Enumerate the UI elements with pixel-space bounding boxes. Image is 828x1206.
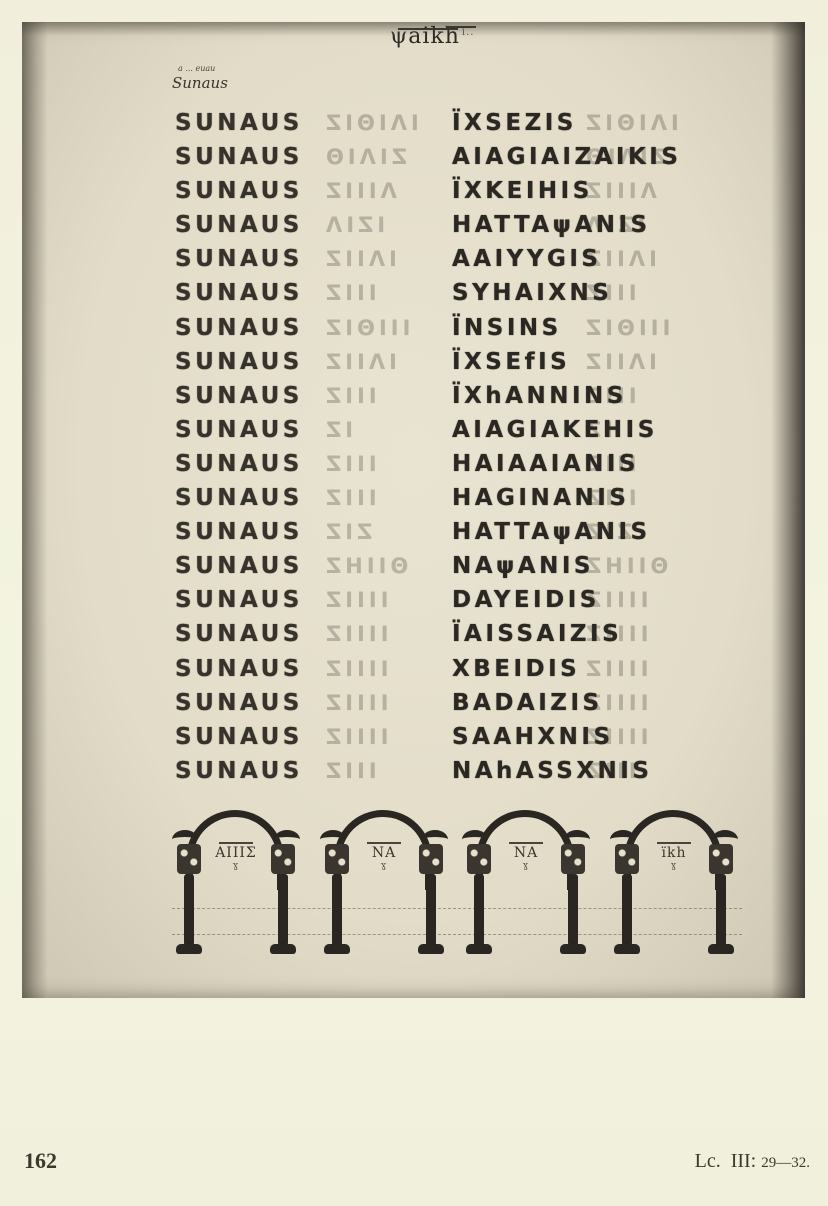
column-base	[466, 944, 492, 954]
column-capital	[325, 844, 349, 874]
column-capital	[561, 844, 585, 874]
column-shaft	[622, 874, 632, 946]
ancestor-name: NAψANIS	[452, 551, 594, 581]
canon-arch: ΝΑɣ	[320, 808, 448, 958]
ancestor-name: HATTAψANIS	[452, 517, 651, 547]
show-through-text: ΙΙΙΖ	[322, 449, 377, 479]
canon-sub: ɣ	[208, 861, 264, 871]
column-base	[270, 944, 296, 954]
show-through-text: ΙΙΙΙΖ	[322, 722, 388, 752]
show-through-text: ΘΙΙΗΖ	[582, 551, 668, 581]
marginal-correction: a ... euau Sunaus	[172, 74, 228, 92]
text-line: ΙΙΙΖΙΙΙΖSUNAUSÏΧhANNINS	[22, 381, 805, 415]
ancestor-name: ÏAISSAIZIS	[452, 619, 622, 649]
ancestor-name: BADAIZIS	[452, 688, 603, 718]
column-shaft	[426, 874, 436, 946]
sunaus-word: SUNAUS	[175, 278, 303, 308]
ancestor-name: HAGINANIS	[452, 483, 629, 513]
sunaus-word: SUNAUS	[175, 619, 303, 649]
text-line: ΙΙΙΙΖΙΙΙΙΖSUNAUSΧBEIDIS	[22, 654, 805, 688]
canon-label: ΝΑɣ	[356, 842, 412, 871]
text-line: ΙΙΙΙΖΙΙΙΙΖSUNAUSBADAIZIS	[22, 688, 805, 722]
column-capital	[467, 844, 491, 874]
canon-table-arcade: AIΙΙΣɣ ΝΑɣ ΝΑɣ	[172, 808, 742, 958]
abbreviation-bar	[657, 842, 691, 844]
text-line: ΙΖΙΖSUNAUSAIAGIAKEHIS	[22, 415, 805, 449]
canon-number: ΝΑ	[514, 845, 538, 861]
show-through-text: ΙΛΙΘΙΖ	[322, 108, 419, 138]
show-through-text: ΙΙΙΙΖ	[322, 585, 388, 615]
sunaus-word: SUNAUS	[175, 142, 303, 172]
show-through-text: ΙΙΙΙΖ	[322, 619, 388, 649]
ancestor-name: ÏΧSEfIS	[452, 347, 570, 377]
reference-chapter: III:	[731, 1150, 757, 1172]
manuscript-folio: ψaikhi.. a ... euau Sunaus ΙΛΙΘΙΖΙΛΙΘΙΖS…	[22, 22, 805, 998]
column-base	[176, 944, 202, 954]
show-through-text: ΙΖ	[322, 415, 353, 445]
ancestor-name: AIAGIAKEHIS	[452, 415, 658, 445]
text-line: ΙΙΙΙΖΙΙΙΙΖSUNAUSÏAISSAIZIS	[22, 619, 805, 653]
ancestor-name: DAYEIDIS	[452, 585, 600, 615]
sunaus-word: SUNAUS	[175, 108, 303, 138]
sunaus-word: SUNAUS	[175, 722, 303, 752]
text-line: ΙΛΙΙΖΙΛΙΙΖSUNAUSÏΧSEfIS	[22, 347, 805, 381]
ancestor-name: AAIYYGIS	[452, 244, 601, 274]
show-through-text: ΙΙΙΘΙΖ	[322, 313, 410, 343]
sunaus-word: SUNAUS	[175, 176, 303, 206]
column-base	[614, 944, 640, 954]
text-line: ΘΙΙΗΖΘΙΙΗΖSUNAUSNAψANIS	[22, 551, 805, 585]
reference-verses: 29—32.	[761, 1155, 810, 1171]
canon-number: AIΙΙΣ	[215, 845, 257, 861]
canon-number: ïkh	[662, 845, 687, 861]
show-through-text: ΛΙΙΙΖ	[322, 176, 397, 206]
show-through-text: ΖΙΛΙΘ	[322, 142, 407, 172]
text-line: ΛΙΙΙΖΛΙΙΙΖSUNAUSÏΧKEIHIS	[22, 176, 805, 210]
sunaus-word: SUNAUS	[175, 415, 303, 445]
show-through-text: ΖΙΖ	[322, 517, 372, 547]
text-line: ΖΙΛΙΘΖΙΛΙΘSUNAUSAIAGIAIZAIKIS	[22, 142, 805, 176]
abbreviation-bar	[446, 26, 476, 28]
sunaus-word: SUNAUS	[175, 585, 303, 615]
ancestor-name: NAhASSΧNIS	[452, 756, 652, 786]
ancestor-name: ÏΧSEZIS	[452, 108, 577, 138]
canon-sub: ɣ	[356, 861, 412, 871]
ancestor-name: ÏNSINS	[452, 313, 562, 343]
sunaus-word: SUNAUS	[175, 313, 303, 343]
show-through-text: ΙΖΙΛ	[322, 210, 385, 240]
reference-book: Lc.	[695, 1150, 721, 1172]
show-through-text: ΙΙΙΖ	[322, 381, 377, 411]
column-shaft	[184, 874, 194, 946]
show-through-text: ΙΙΙΘΙΖ	[582, 313, 670, 343]
sunaus-word: SUNAUS	[175, 756, 303, 786]
text-line: ΙΙΙΖΙΙΙΖSUNAUSNAhASSΧNIS	[22, 756, 805, 790]
show-through-text: ΛΙΙΙΖ	[582, 176, 657, 206]
canon-arch: AIΙΙΣɣ	[172, 808, 300, 958]
text-line: ΙΛΙΙΖΙΛΙΙΖSUNAUSAAIYYGIS	[22, 244, 805, 278]
interlinear-gloss: a ... euau	[178, 64, 215, 73]
scripture-reference: Lc. III: 29—32.	[695, 1150, 810, 1173]
running-title: ψaikhi..	[390, 24, 530, 49]
text-line: ΙΙΙΖΙΙΙΖSUNAUSSYHAIΧNS	[22, 278, 805, 312]
genealogy-text: ΙΛΙΘΙΖΙΛΙΘΙΖSUNAUSÏΧSEZIS ΖΙΛΙΘΖΙΛΙΘSUNA…	[22, 108, 805, 790]
column-base	[418, 944, 444, 954]
show-through-text: ΙΙΙΙΖ	[582, 654, 648, 684]
sunaus-word: SUNAUS	[175, 517, 303, 547]
page-number: 162	[24, 1148, 57, 1174]
sunaus-word: SUNAUS	[175, 654, 303, 684]
abbreviation-bar	[398, 28, 458, 30]
show-through-text: ΙΙΙΖ	[322, 483, 377, 513]
abbreviation-bar	[219, 842, 253, 844]
text-line: ΙΙΙΙΖΙΙΙΙΖSUNAUSDAYEIDIS	[22, 585, 805, 619]
show-through-text: ΙΙΙΙΖ	[322, 654, 388, 684]
canon-number: ΝΑ	[372, 845, 396, 861]
sunaus-word: SUNAUS	[175, 244, 303, 274]
running-title-note: i..	[462, 27, 475, 38]
show-through-text: ΙΙΙΖ	[322, 278, 377, 308]
ancestor-name: SYHAIΧNS	[452, 278, 612, 308]
show-through-text: ΙΛΙΙΖ	[582, 347, 657, 377]
abbreviation-bar	[367, 842, 401, 844]
text-line: ΖΙΖΖΙΖSUNAUSHATTAψANIS	[22, 517, 805, 551]
ancestor-name: ÏΧKEIHIS	[452, 176, 593, 206]
text-line: ΙΙΙΙΖΙΙΙΙΖSUNAUSSAAHΧNIS	[22, 722, 805, 756]
column-base	[708, 944, 734, 954]
column-capital	[615, 844, 639, 874]
canon-arch: ΝΑɣ	[462, 808, 590, 958]
ancestor-name: SAAHΧNIS	[452, 722, 614, 752]
show-through-text: ΙΛΙΙΖ	[322, 347, 397, 377]
column-base	[324, 944, 350, 954]
text-line: ΙΙΙΖΙΙΙΖSUNAUSHAIAAIANIS	[22, 449, 805, 483]
abbreviation-bar	[509, 842, 543, 844]
text-line: ΙΖΙΛΙΖΙΛSUNAUSHATTAψANIS	[22, 210, 805, 244]
ancestor-name: HAIAAIANIS	[452, 449, 639, 479]
ancestor-name: ΧBEIDIS	[452, 654, 580, 684]
sunaus-word: SUNAUS	[175, 483, 303, 513]
text-line: ΙΙΙΖΙΙΙΖSUNAUSHAGINANIS	[22, 483, 805, 517]
sunaus-word: SUNAUS	[175, 688, 303, 718]
column-shaft	[332, 874, 342, 946]
ancestor-name: AIAGIAIZAIKIS	[452, 142, 681, 172]
show-through-text: ΙΙΙΙΖ	[322, 688, 388, 718]
canon-label: AIΙΙΣɣ	[208, 842, 264, 871]
canon-label: ΝΑɣ	[498, 842, 554, 871]
canon-sub: ɣ	[646, 861, 702, 871]
text-line: ΙΙΙΘΙΖΙΙΙΘΙΖSUNAUSÏNSINS	[22, 313, 805, 347]
ancestor-name: ÏΧhANNINS	[452, 381, 627, 411]
sunaus-word: SUNAUS	[175, 210, 303, 240]
column-capital	[709, 844, 733, 874]
canon-sub: ɣ	[498, 861, 554, 871]
column-shaft	[716, 874, 726, 946]
correction-text: Sunaus	[172, 74, 228, 92]
column-base	[560, 944, 586, 954]
sunaus-word: SUNAUS	[175, 551, 303, 581]
column-capital	[419, 844, 443, 874]
show-through-text: ΙΙΙΖ	[322, 756, 377, 786]
show-through-text: ΙΛΙΘΙΖ	[582, 108, 679, 138]
column-shaft	[278, 874, 288, 946]
column-shaft	[474, 874, 484, 946]
sunaus-word: SUNAUS	[175, 449, 303, 479]
sunaus-word: SUNAUS	[175, 347, 303, 377]
show-through-text: ΙΛΙΙΖ	[322, 244, 397, 274]
show-through-text: ΘΙΙΗΖ	[322, 551, 408, 581]
text-line: ΙΛΙΘΙΖΙΛΙΘΙΖSUNAUSÏΧSEZIS	[22, 108, 805, 142]
canon-arch: ïkhɣ	[610, 808, 738, 958]
sunaus-word: SUNAUS	[175, 381, 303, 411]
column-capital	[271, 844, 295, 874]
ancestor-name: HATTAψANIS	[452, 210, 651, 240]
column-shaft	[568, 874, 578, 946]
column-capital	[177, 844, 201, 874]
canon-label: ïkhɣ	[646, 842, 702, 871]
